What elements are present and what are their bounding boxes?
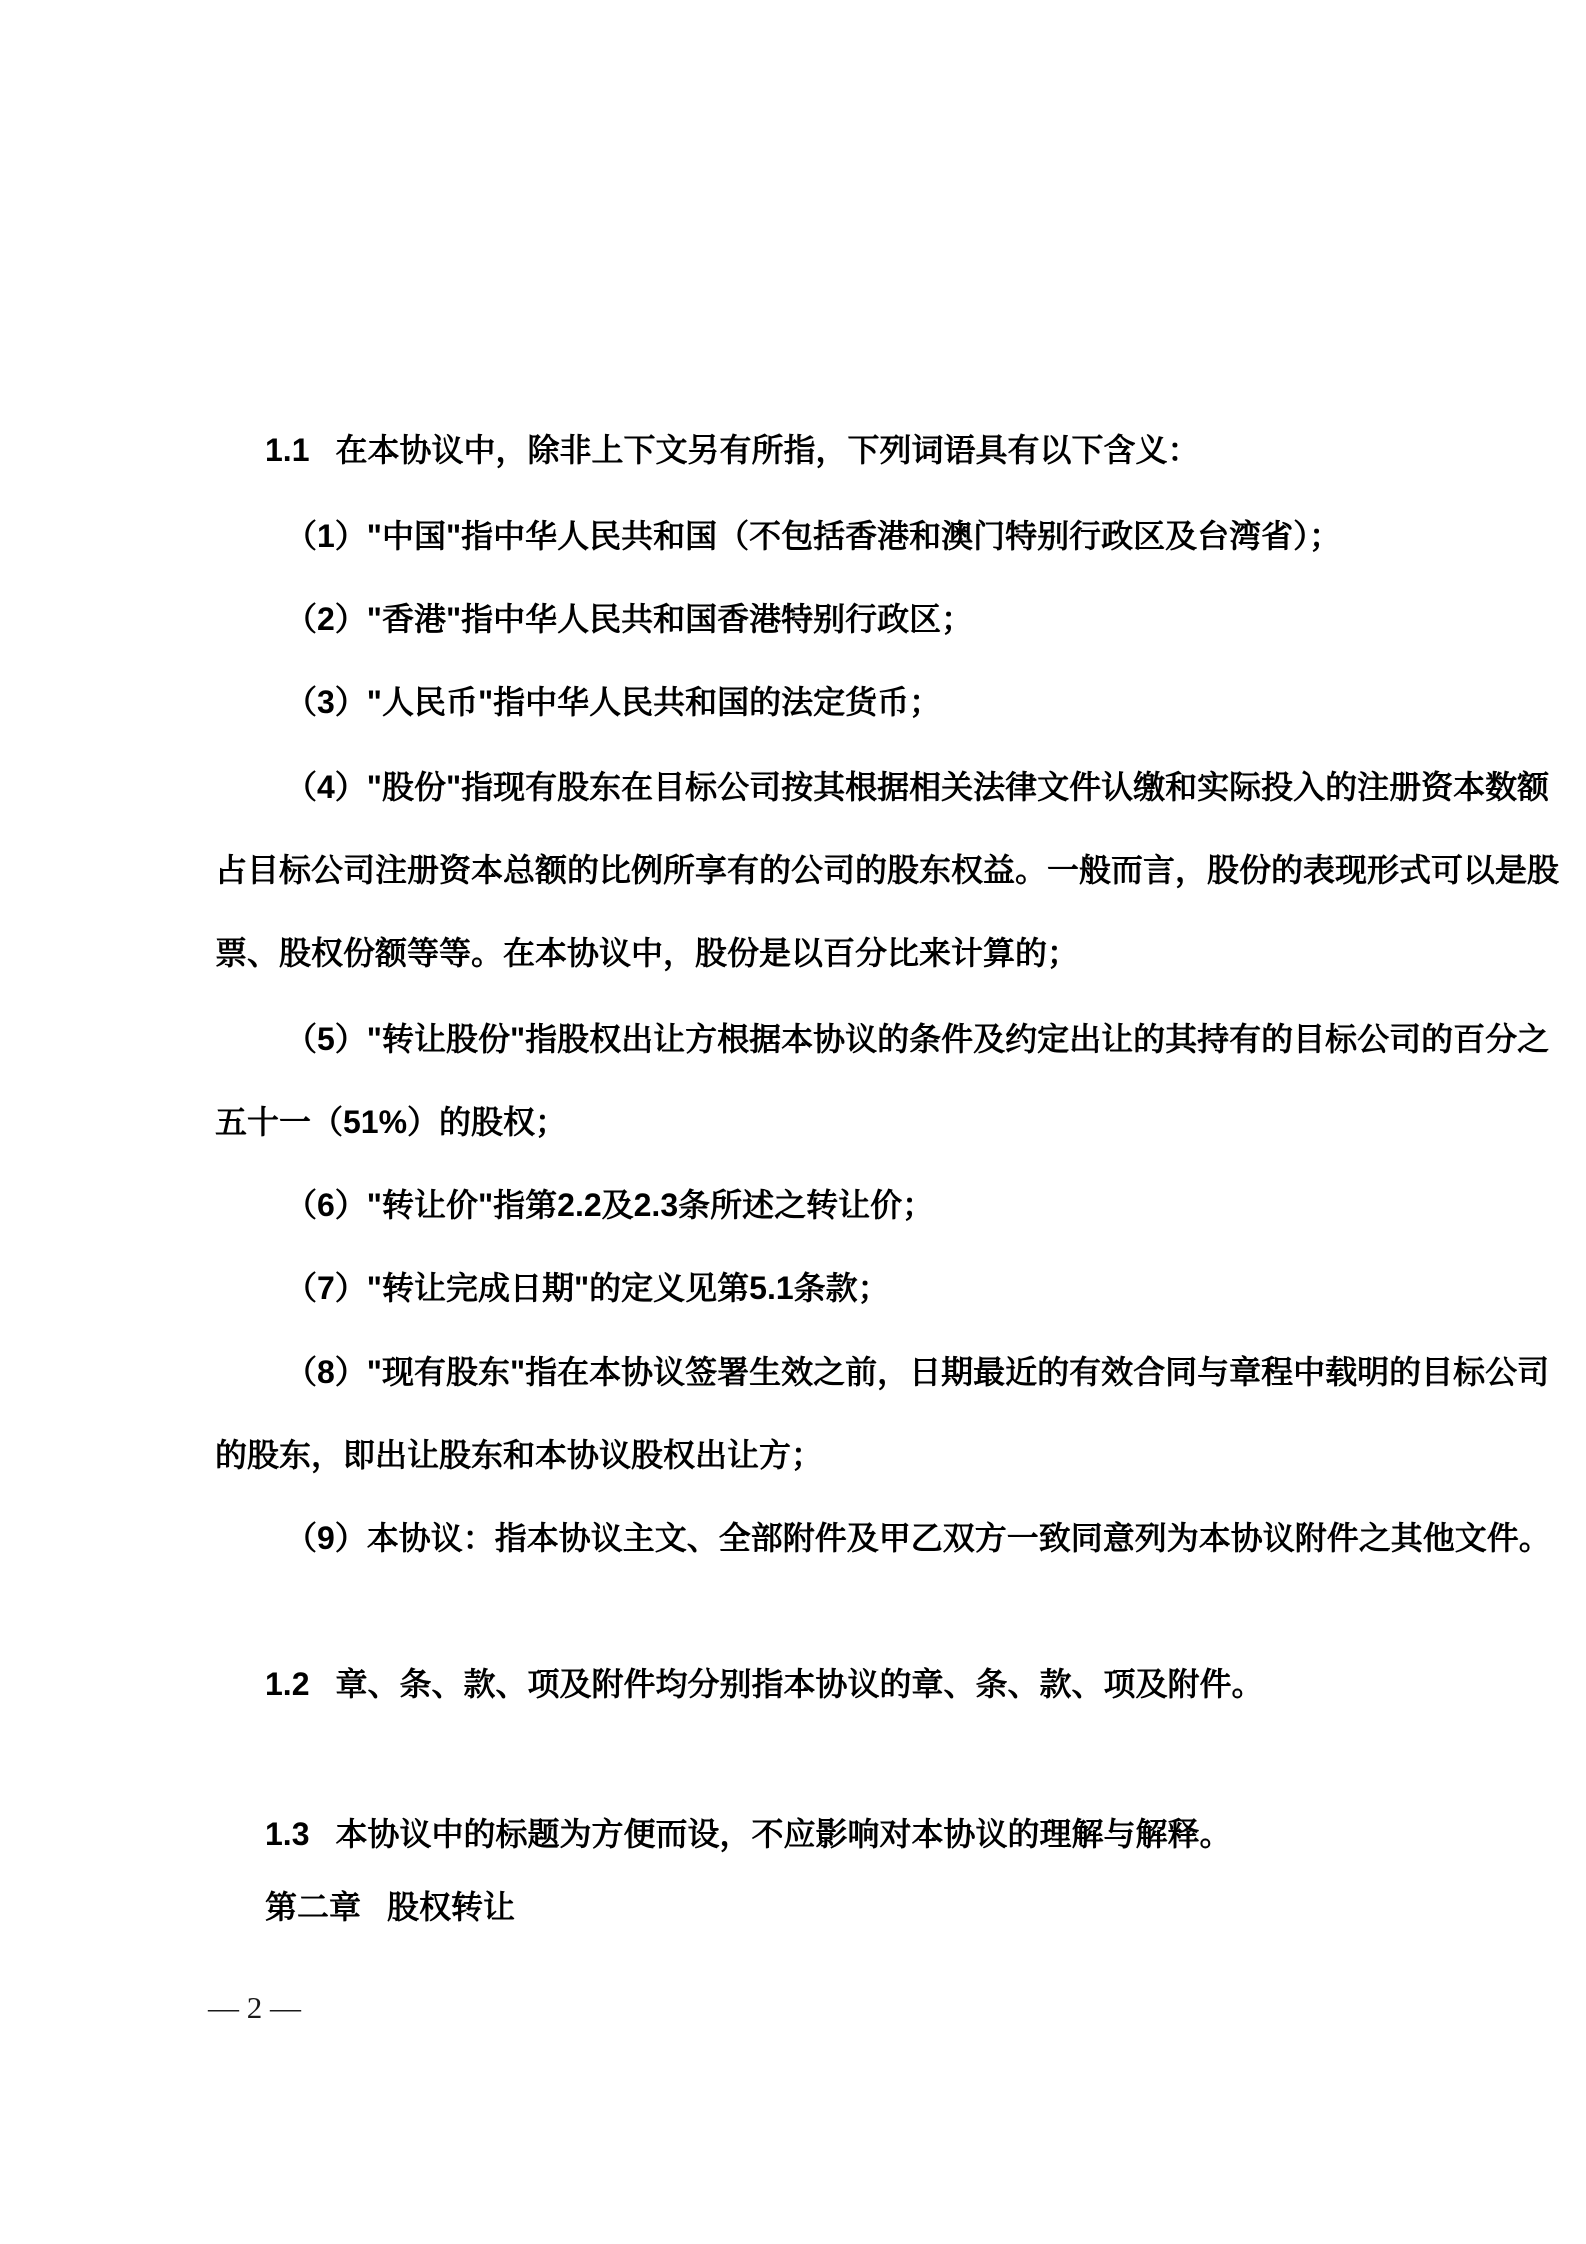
page-number: — 2 — [208,1990,301,2026]
definition-item-5-line-1: （5）"转让股份"指股权出让方根据本协议的条件及约定出让的其持有的目标公司的百分… [285,1019,1549,1059]
clause-number: 1.2 [265,1664,309,1704]
definition-item-2: （2）"香港"指中华人民共和国香港特别行政区； [285,599,973,639]
chapter-2-heading: 第二章股权转让 [265,1887,515,1927]
clause-text: 在本协议中，除非上下文另有所指，下列词语具有以下含义： [335,432,1199,468]
definition-item-3: （3）"人民币"指中华人民共和国的法定货币； [285,682,941,722]
definition-item-9: （9）本协议：指本协议主文、全部附件及甲乙双方一致同意列为本协议附件之其他文件。 [285,1518,1551,1558]
document-page: 1.1在本协议中，除非上下文另有所指，下列词语具有以下含义： （1）"中国"指中… [0,0,1586,2244]
clause-1-1: 1.1在本协议中，除非上下文另有所指，下列词语具有以下含义： [265,430,1200,470]
definition-item-8-line-2: 的股东，即出让股东和本协议股权出让方； [215,1435,823,1475]
definition-item-8-line-1: （8）"现有股东"指在本协议签署生效之前，日期最近的有效合同与章程中载明的目标公… [285,1352,1549,1392]
definition-item-5-line-2: 五十一（51%）的股权； [215,1102,567,1142]
clause-number: 1.1 [265,430,309,470]
clause-text: 本协议中的标题为方便而设，不应影响对本协议的理解与解释。 [335,1816,1231,1852]
definition-item-4-line-3: 票、股权份额等等。在本协议中，股份是以百分比来计算的； [215,933,1079,973]
definition-item-7: （7）"转让完成日期"的定义见第5.1条款； [285,1268,890,1308]
clause-number: 1.3 [265,1814,309,1854]
chapter-title: 股权转让 [387,1889,515,1925]
chapter-number: 第二章 [265,1887,361,1927]
clause-1-2: 1.2章、条、款、项及附件均分别指本协议的章、条、款、项及附件。 [265,1664,1264,1704]
clause-1-3: 1.3本协议中的标题为方便而设，不应影响对本协议的理解与解释。 [265,1814,1232,1854]
definition-item-6: （6）"转让价"指第2.2及2.3条所述之转让价； [285,1185,934,1225]
definition-item-1: （1）"中国"指中华人民共和国（不包括香港和澳门特别行政区及台湾省）； [285,516,1341,556]
clause-text: 章、条、款、项及附件均分别指本协议的章、条、款、项及附件。 [335,1666,1263,1702]
definition-item-4-line-2: 占目标公司注册资本总额的比例所享有的公司的股东权益。一般而言，股份的表现形式可以… [215,850,1559,890]
definition-item-4-line-1: （4）"股份"指现有股东在目标公司按其根据相关法律文件认缴和实际投入的注册资本数… [285,767,1549,807]
